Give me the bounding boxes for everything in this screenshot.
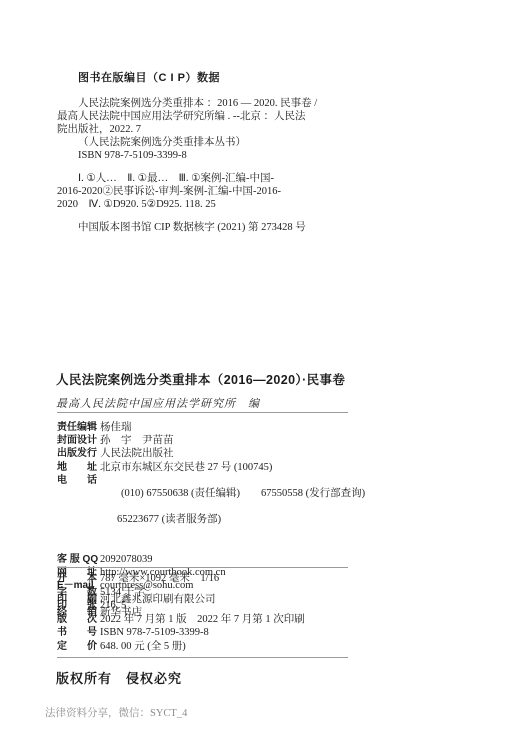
cip-block: 图书在版编目（C I P）数据 人民法院案例选分类重排本 ：2016 — 202… xyxy=(57,69,387,234)
printspec-value: 5134 千字 xyxy=(100,586,145,600)
imprint-phone-line-1: (010) 67550638 (责任编辑) 67550558 (发行部查询) xyxy=(121,488,365,499)
cip-record-number: 中国版本图书馆 CIP 数据核字 (2021) 第 273428 号 xyxy=(57,221,387,234)
cip-isbn: ISBN 978-7-5109-3399-8 xyxy=(57,149,387,162)
copyright-notice: 版权所有 侵权必究 xyxy=(56,668,182,687)
printspec-row-word-count: 字 数 5134 千字 xyxy=(57,586,305,600)
cip-spacer xyxy=(57,162,387,172)
printspec-row-sheets: 印 张 216. 5 xyxy=(57,599,305,613)
imprint-row-address: 地 址 北京市东城区东交民巷 27 号 (100745) xyxy=(57,461,365,474)
title-block: 人民法院案例选分类重排本（2016—2020）·民事卷 最高人民法院中国应用法学… xyxy=(56,370,345,411)
cip-classification-line-2: 2016-2020②民事诉讼-审判-案例-汇编-中国-2016- xyxy=(57,185,387,198)
cip-description-line-2: 最高人民法院中国应用法学研究所编 . --北京 ：人民法 xyxy=(57,110,387,123)
printspec-row-edition: 版 次 2022 年 7 月第 1 版 2022 年 7 月第 1 次印刷 xyxy=(57,613,305,627)
cip-header: 图书在版编目（C I P）数据 xyxy=(78,69,387,85)
imprint-label: 电 话 xyxy=(57,474,100,553)
imprint-row-phone: 电 话 (010) 67550638 (责任编辑) 67550558 (发行部查… xyxy=(57,474,365,553)
imprint-row-cover-design: 封面设计 孙 宇 尹苗苗 xyxy=(57,434,365,447)
printspec-value: 648. 00 元 (全 5 册) xyxy=(100,640,186,654)
watermark-text: 法律资料分享，微信：SYCT_4 xyxy=(45,705,187,720)
printspec-value: ISBN 978-7-5109-3399-8 xyxy=(100,626,209,640)
imprint-value: 杨佳瑞 xyxy=(100,421,132,434)
imprint-row-editor: 责任编辑 杨佳瑞 xyxy=(57,421,365,434)
imprint-label: 责任编辑 xyxy=(57,421,100,434)
imprint-value: (010) 67550638 (责任编辑) 67550558 (发行部查询) 6… xyxy=(100,474,365,553)
printspec-value: 2022 年 7 月第 1 版 2022 年 7 月第 1 次印刷 xyxy=(100,613,305,627)
book-copyright-page: 图书在版编目（C I P）数据 人民法院案例选分类重排本 ：2016 — 202… xyxy=(0,0,511,737)
imprint-label: 地 址 xyxy=(57,461,100,474)
printspec-label: 定 价 xyxy=(57,640,100,654)
print-spec-block: 开 本 787 毫米×1092 毫米 1/16 字 数 5134 千字 印 张 … xyxy=(57,572,305,653)
printspec-value: 787 毫米×1092 毫米 1/16 xyxy=(100,572,219,586)
book-title: 人民法院案例选分类重排本（2016—2020）·民事卷 xyxy=(56,370,345,388)
printspec-label: 书 号 xyxy=(57,626,100,640)
imprint-label: 客 服 QQ xyxy=(57,553,100,566)
book-editor: 最高人民法院中国应用法学研究所 编 xyxy=(56,395,345,411)
printspec-row-price: 定 价 648. 00 元 (全 5 册) xyxy=(57,640,305,654)
imprint-label: 封面设计 xyxy=(57,434,100,447)
printspec-label: 开 本 xyxy=(57,572,100,586)
cip-classification-line-1: Ⅰ. ①人… Ⅱ. ①最… Ⅲ. ①案例-汇编-中国- xyxy=(57,172,387,185)
imprint-row-qq: 客 服 QQ 2092078039 xyxy=(57,553,365,566)
imprint-row-publisher: 出版发行 人民法院出版社 xyxy=(57,447,365,460)
imprint-phone-line-2: 65223677 (读者服务部) xyxy=(117,513,365,526)
cip-description-line-1: 人民法院案例选分类重排本 ：2016 — 2020. 民事卷 / xyxy=(57,97,387,110)
printspec-label: 版 次 xyxy=(57,613,100,627)
divider-rule-bottom xyxy=(57,657,348,658)
cip-classification-line-3: 2020 Ⅳ. ①D920. 5②D925. 118. 25 xyxy=(57,198,387,211)
cip-series-note: （人民法院案例选分类重排本丛书） xyxy=(57,136,387,149)
imprint-value: 孙 宇 尹苗苗 xyxy=(100,434,174,447)
imprint-label: 出版发行 xyxy=(57,447,100,460)
imprint-value: 人民法院出版社 xyxy=(100,447,174,460)
printspec-row-format: 开 本 787 毫米×1092 毫米 1/16 xyxy=(57,572,305,586)
printspec-label: 字 数 xyxy=(57,586,100,600)
cip-description-line-3: 院出版社，2022. 7 xyxy=(57,123,387,136)
divider-rule-middle xyxy=(57,567,348,568)
divider-rule-top xyxy=(57,412,348,413)
imprint-value: 北京市东城区东交民巷 27 号 (100745) xyxy=(100,461,272,474)
printspec-value: 216. 5 xyxy=(100,599,126,613)
printspec-label: 印 张 xyxy=(57,599,100,613)
cip-spacer xyxy=(57,211,387,221)
imprint-value: 2092078039 xyxy=(100,553,153,566)
printspec-row-isbn: 书 号 ISBN 978-7-5109-3399-8 xyxy=(57,626,305,640)
